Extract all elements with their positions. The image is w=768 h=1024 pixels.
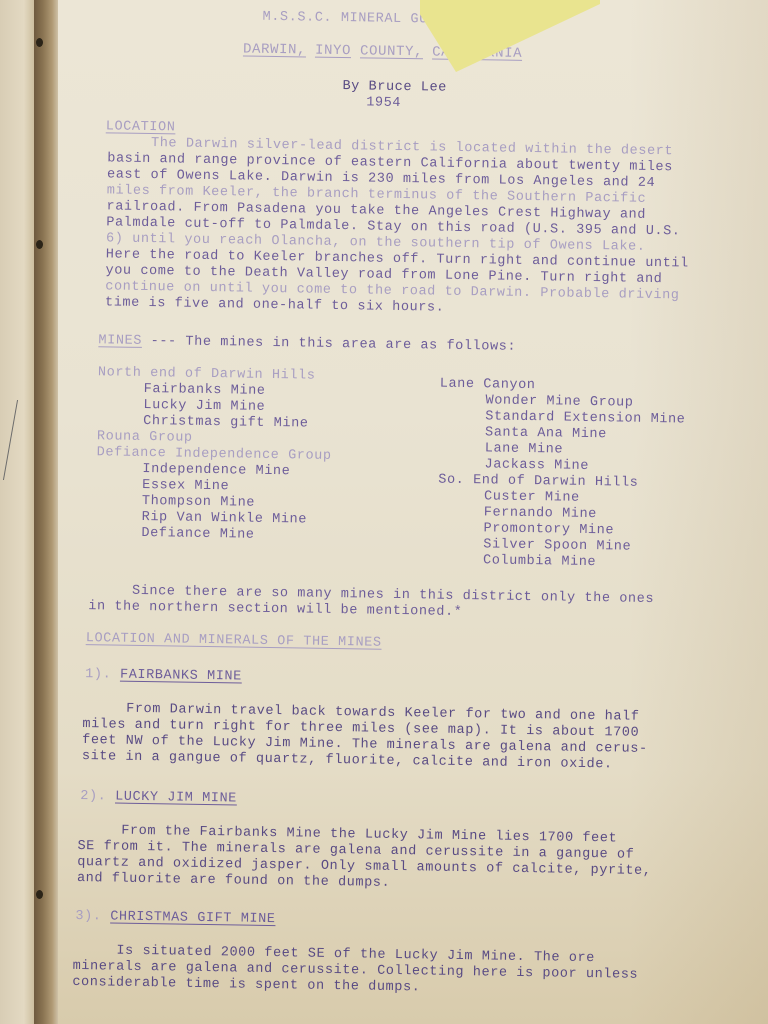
- mine-list-item: Thompson Mine: [142, 494, 255, 511]
- entry-heading: 2). LUCKY JIM MINE: [80, 789, 237, 806]
- mines-heading: MINES --- The mines in this area are as …: [98, 333, 516, 355]
- mine-list-item: Columbia Mine: [483, 553, 596, 570]
- section-heading: LOCATION AND MINERALS OF THE MINES: [86, 631, 382, 651]
- entry-heading: 3). CHRISTMAS GIFT MINE: [75, 909, 275, 927]
- mine-list-item: Santa Ana Mine: [485, 425, 607, 442]
- mine-list-item: Rip Van Winkle Mine: [142, 510, 308, 528]
- mine-list-item: Lane Mine: [485, 441, 564, 457]
- entry-heading: 1). FAIRBANKS MINE: [85, 667, 242, 684]
- mine-list-item: Custer Mine: [484, 489, 580, 506]
- location-heading: LOCATION: [106, 119, 176, 135]
- mine-list-item: Independence Mine: [142, 462, 290, 479]
- mine-list-item: Fernando Mine: [484, 505, 597, 522]
- mine-list-item: Wonder Mine Group: [485, 393, 633, 410]
- mine-list-item: Standard Extension Mine: [485, 409, 685, 427]
- mine-list-item: Lucky Jim Mine: [143, 398, 265, 415]
- mine-list-item: Christmas gift Mine: [143, 414, 309, 432]
- mine-list-item: Jackass Mine: [484, 457, 589, 474]
- mine-list-item: Rouna Group: [97, 429, 193, 446]
- mine-list-item: Defiance Independence Group: [97, 445, 332, 464]
- mine-list-item: Fairbanks Mine: [144, 382, 266, 399]
- mine-list-item: North end of Darwin Hills: [98, 365, 316, 383]
- byline: By Bruce Lee: [342, 79, 447, 96]
- mine-list-item: So. End of Darwin Hills: [438, 473, 638, 491]
- mine-list-item: Defiance Mine: [141, 526, 254, 543]
- mine-list-item: Silver Spoon Mine: [483, 537, 631, 554]
- mine-list-item: Essex Mine: [142, 478, 229, 494]
- year: 1954: [366, 95, 401, 111]
- mine-list-item: Lane Canyon: [440, 377, 536, 394]
- typewritten-document: M.S.S.C. MINERAL GUIDE NO. DARWIN, INYO …: [0, 0, 768, 1024]
- mine-list-item: Promontory Mine: [483, 521, 614, 538]
